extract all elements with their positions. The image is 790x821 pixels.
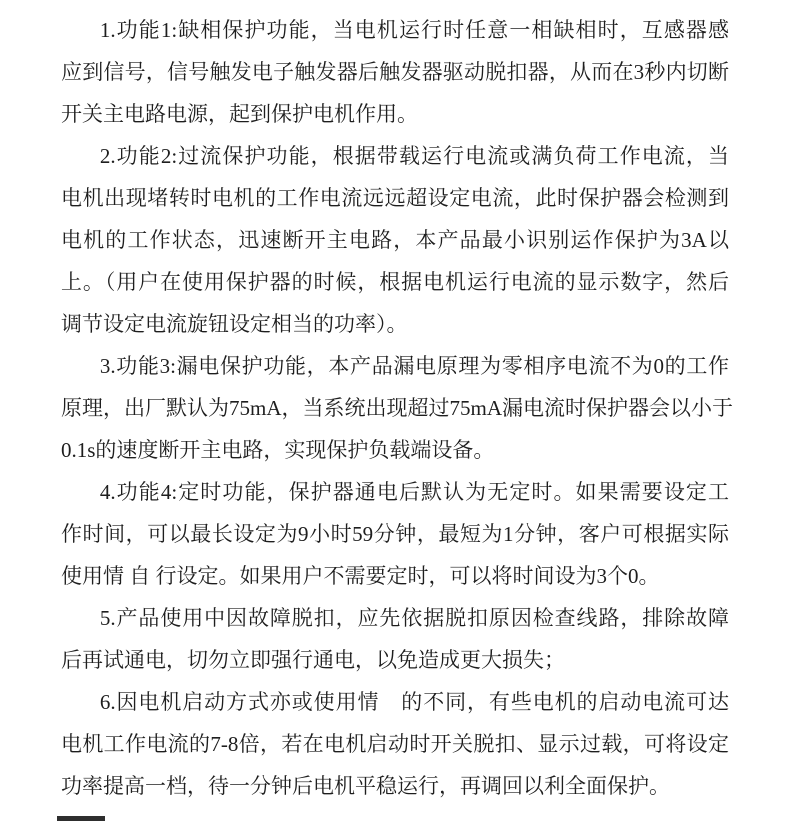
text-line: 3.功能3:漏电保护功能，本产品漏电原理为零相序电流不为0的工作 (61, 345, 729, 387)
text-line: 2.功能2:过流保护功能，根据带载运行电流或满负荷工作电流，当 (61, 135, 729, 177)
text-line: 应到信号，信号触发电子触发器后触发器驱动脱扣器，从而在3秒内切断 (61, 51, 729, 93)
text-line: 电机出现堵转时电机的工作电流远远超设定电流，此时保护器会检测到 (61, 177, 729, 219)
paragraph-note-5: 5.产品使用中因故障脱扣，应先依据脱扣原因检查线路，排除故障 后再试通电，切勿立… (61, 597, 729, 681)
document-page: 1.功能1:缺相保护功能，当电机运行时任意一相缺相时，互感器感 应到信号，信号触… (0, 0, 790, 821)
text-line: 上。（用户在使用保护器的时候，根据电机运行电流的显示数字，然后 (61, 261, 729, 303)
paragraph-function-4: 4.功能4:定时功能，保护器通电后默认为无定时。如果需要设定工 作时间，可以最长… (61, 471, 729, 597)
paragraph-function-2: 2.功能2:过流保护功能，根据带载运行电流或满负荷工作电流，当 电机出现堵转时电… (61, 135, 729, 345)
paragraph-function-1: 1.功能1:缺相保护功能，当电机运行时任意一相缺相时，互感器感 应到信号，信号触… (61, 9, 729, 135)
text-line: 调节设定电流旋钮设定相当的功率）。 (61, 303, 729, 345)
text-line: 原理，出厂默认为75mA，当系统出现超过75mA漏电流时保护器会以小于 (61, 387, 729, 429)
paragraph-function-3: 3.功能3:漏电保护功能，本产品漏电原理为零相序电流不为0的工作 原理，出厂默认… (61, 345, 729, 471)
truncated-content-edge (57, 816, 105, 821)
text-line: 后再试通电，切勿立即强行通电，以免造成更大损失； (61, 639, 729, 681)
text-line: 开关主电路电源，起到保护电机作用。 (61, 93, 729, 135)
document-body: 1.功能1:缺相保护功能，当电机运行时任意一相缺相时，互感器感 应到信号，信号触… (61, 9, 729, 807)
paragraph-note-6: 6.因电机启动方式亦或使用情 的不同，有些电机的启动电流可达 电机工作电流的7-… (61, 681, 729, 807)
text-line: 6.因电机启动方式亦或使用情 的不同，有些电机的启动电流可达 (61, 681, 729, 723)
text-line: 作时间，可以最长设定为9小时59分钟，最短为1分钟，客户可根据实际 (61, 513, 729, 555)
text-line: 电机的工作状态，迅速断开主电路，本产品最小识别运作保护为3A以 (61, 219, 729, 261)
text-line: 功率提高一档，待一分钟后电机平稳运行，再调回以利全面保护。 (61, 765, 729, 807)
text-line: 5.产品使用中因故障脱扣，应先依据脱扣原因检查线路，排除故障 (61, 597, 729, 639)
text-line: 1.功能1:缺相保护功能，当电机运行时任意一相缺相时，互感器感 (61, 9, 729, 51)
text-line: 4.功能4:定时功能，保护器通电后默认为无定时。如果需要设定工 (61, 471, 729, 513)
text-line: 电机工作电流的7-8倍，若在电机启动时开关脱扣、显示过载，可将设定 (61, 723, 729, 765)
text-line: 0.1s的速度断开主电路，实现保护负载端设备。 (61, 429, 729, 471)
text-line: 使用情 自 行设定。如果用户不需要定时，可以将时间设为3个0。 (61, 555, 729, 597)
